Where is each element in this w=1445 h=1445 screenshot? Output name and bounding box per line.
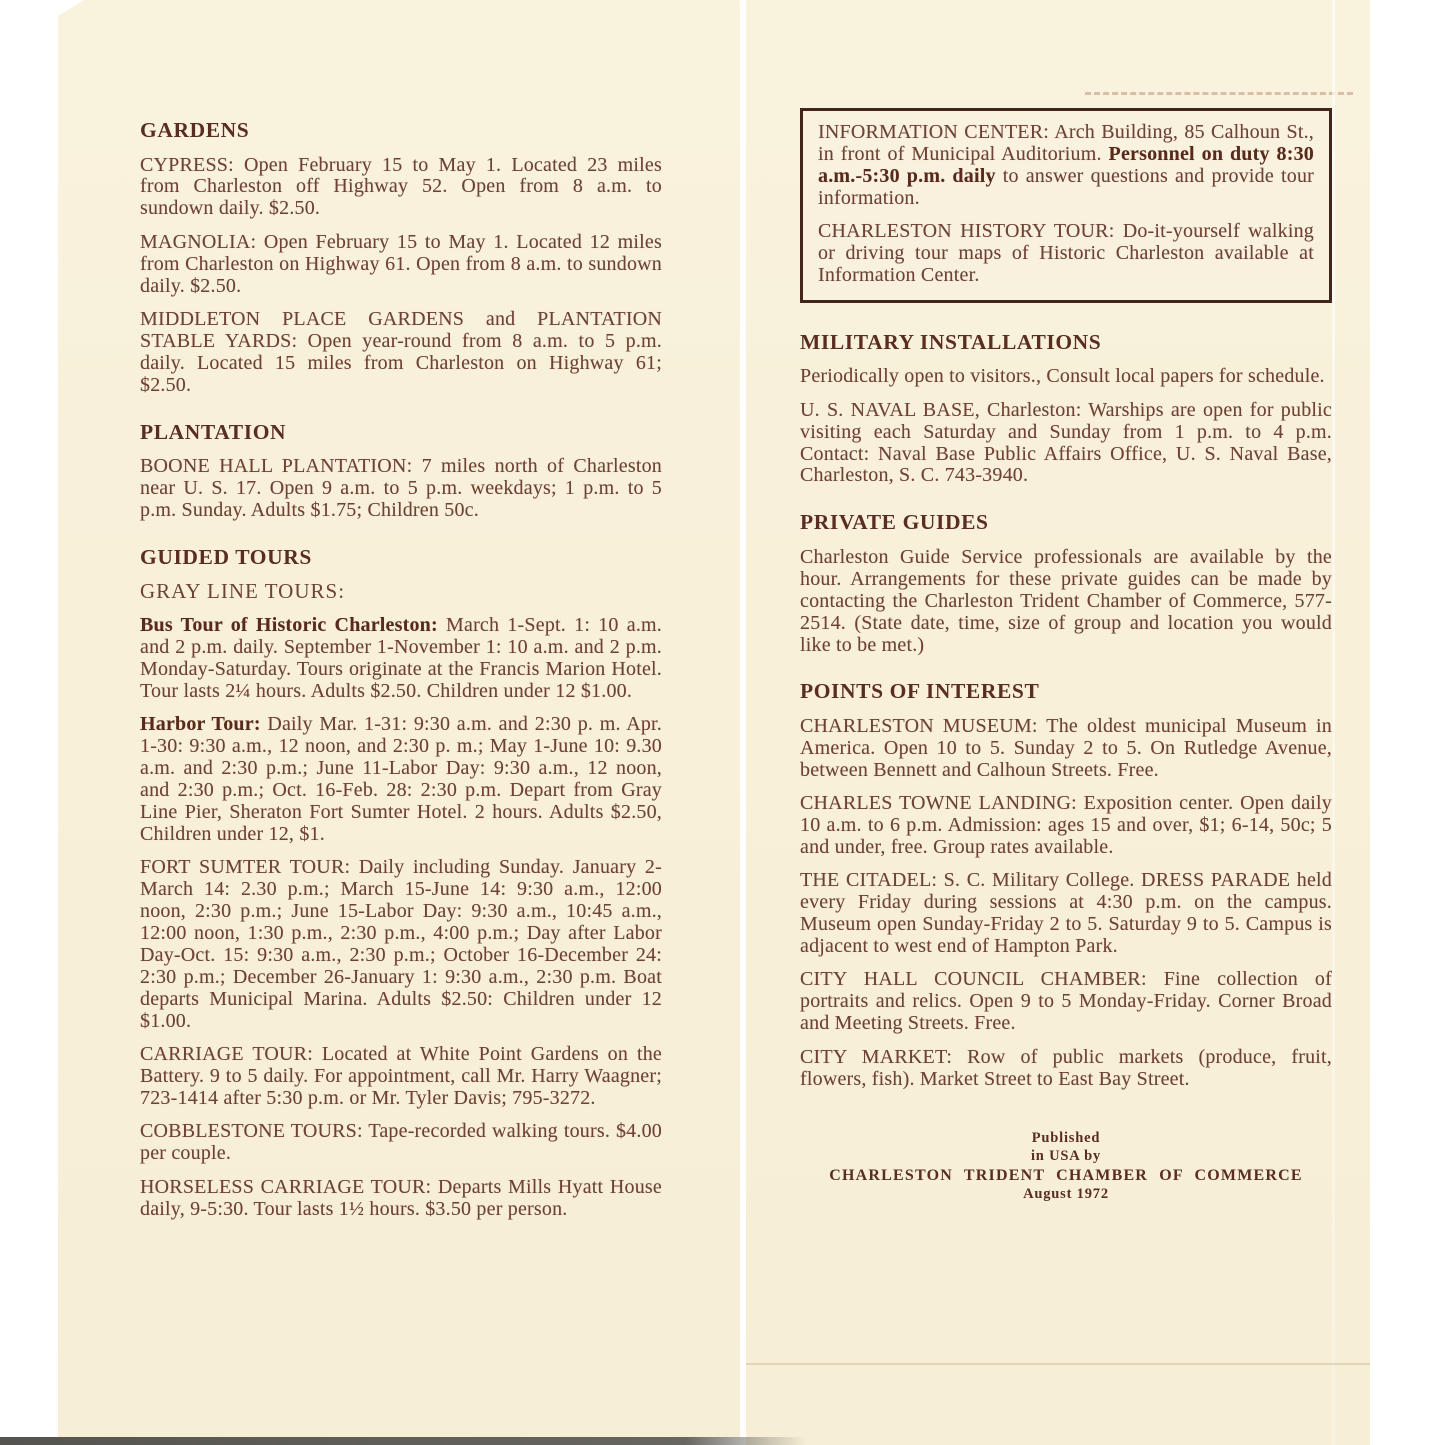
text-segment: BOONE HALL PLANTATION: 7 miles north of … xyxy=(140,455,662,521)
text-segment: CHARLES TOWNE LANDING: Exposition center… xyxy=(800,792,1332,858)
paragraph-charleston-museum: CHARLESTON MUSEUM: The oldest municipal … xyxy=(800,716,1332,782)
text-segment: CHARLESTON HISTORY TOUR: Do-it-yourself … xyxy=(818,220,1314,286)
section-heading-private-guides: PRIVATE GUIDES xyxy=(800,510,1332,535)
subheading-gray-line-tours: GRAY LINE TOURS: xyxy=(140,579,662,604)
paragraph-city-market: CITY MARKET: Row of public markets (prod… xyxy=(800,1047,1332,1091)
text-segment: THE CITADEL: S. C. Military College. DRE… xyxy=(800,869,1332,957)
publisher-line: in USA by xyxy=(800,1147,1332,1166)
paragraph-harbor-tour: Harbor Tour: Daily Mar. 1-31: 9:30 a.m. … xyxy=(140,714,662,845)
text-segment-bold: Bus Tour of Historic Charleston: xyxy=(140,614,438,636)
text-segment: MAGNOLIA: Open February 15 to May 1. Loc… xyxy=(140,231,662,297)
publisher-imprint: Published in USA by CHARLESTON TRIDENT C… xyxy=(800,1129,1332,1204)
text-segment: CYPRESS: Open February 15 to May 1. Loca… xyxy=(140,154,662,220)
text-segment: CARRIAGE TOUR: Located at White Point Ga… xyxy=(140,1043,662,1109)
paragraph-charles-towne-landing: CHARLES TOWNE LANDING: Exposition center… xyxy=(800,793,1332,859)
text-segment: CITY MARKET: Row of public markets (prod… xyxy=(800,1046,1332,1090)
text-segment: COBBLESTONE TOURS: Tape-recorded walking… xyxy=(140,1120,662,1164)
brochure-panel-right: INFORMATION CENTER: Arch Building, 85 Ca… xyxy=(746,0,1370,1445)
text-segment: CITY HALL COUNCIL CHAMBER: Fine collecti… xyxy=(800,968,1332,1034)
text-segment: CHARLESTON MUSEUM: The oldest municipal … xyxy=(800,715,1332,781)
section-military-installations: MILITARY INSTALLATIONS Periodically open… xyxy=(800,330,1332,488)
paragraph-information-center: INFORMATION CENTER: Arch Building, 85 Ca… xyxy=(818,122,1314,210)
paragraph-private-guides: Charleston Guide Service professionals a… xyxy=(800,547,1332,657)
paragraph-charleston-history-tour: CHARLESTON HISTORY TOUR: Do-it-yourself … xyxy=(818,221,1314,287)
section-points-of-interest: POINTS OF INTEREST CHARLESTON MUSEUM: Th… xyxy=(800,679,1332,1090)
information-center-box: INFORMATION CENTER: Arch Building, 85 Ca… xyxy=(800,108,1332,303)
section-private-guides: PRIVATE GUIDES Charleston Guide Service … xyxy=(800,510,1332,656)
section-heading-guided-tours: GUIDED TOURS xyxy=(140,545,662,570)
paragraph-cobblestone-tours: COBBLESTONE TOURS: Tape-recorded walking… xyxy=(140,1121,662,1165)
paragraph-horseless-carriage-tour: HORSELESS CARRIAGE TOUR: Departs Mills H… xyxy=(140,1177,662,1221)
paragraph-naval-base: U. S. NAVAL BASE, Charleston: Warships a… xyxy=(800,400,1332,488)
paragraph-fort-sumter-tour: FORT SUMTER TOUR: Daily including Sunday… xyxy=(140,857,662,1032)
paragraph-military-intro: Periodically open to visitors., Consult … xyxy=(800,366,1332,388)
section-heading-plantation: PLANTATION xyxy=(140,420,662,445)
fold-crease-horizontal xyxy=(746,1363,1370,1365)
paragraph-city-hall-council-chamber: CITY HALL COUNCIL CHAMBER: Fine collecti… xyxy=(800,969,1332,1035)
brochure-panel-left: GARDENS CYPRESS: Open February 15 to May… xyxy=(58,0,740,1437)
section-plantation: PLANTATION BOONE HALL PLANTATION: 7 mile… xyxy=(140,420,662,522)
text-segment: U. S. NAVAL BASE, Charleston: Warships a… xyxy=(800,399,1332,487)
publisher-date: August 1972 xyxy=(800,1185,1332,1204)
publisher-name: CHARLESTON TRIDENT CHAMBER OF COMMERCE xyxy=(800,1166,1332,1185)
text-segment: MIDDLETON PLACE GARDENS and PLANTATION S… xyxy=(140,308,662,396)
text-segment-bold: Harbor Tour: xyxy=(140,713,261,735)
section-heading-points-of-interest: POINTS OF INTEREST xyxy=(800,679,1332,704)
text-segment: FORT SUMTER TOUR: Daily including Sunday… xyxy=(140,856,662,1031)
text-segment: HORSELESS CARRIAGE TOUR: Departs Mills H… xyxy=(140,1176,662,1220)
text-segment: Charleston Guide Service professionals a… xyxy=(800,546,1332,656)
left-text-column: GARDENS CYPRESS: Open February 15 to May… xyxy=(58,0,740,1220)
paragraph-boone-hall: BOONE HALL PLANTATION: 7 miles north of … xyxy=(140,456,662,522)
section-heading-gardens: GARDENS xyxy=(140,118,662,143)
scan-shadow-bottom xyxy=(0,1437,806,1445)
paragraph-magnolia: MAGNOLIA: Open February 15 to May 1. Loc… xyxy=(140,232,662,298)
text-segment: Periodically open to visitors., Consult … xyxy=(800,365,1325,387)
paragraph-cypress: CYPRESS: Open February 15 to May 1. Loca… xyxy=(140,155,662,221)
paragraph-the-citadel: THE CITADEL: S. C. Military College. DRE… xyxy=(800,870,1332,958)
publisher-line: Published xyxy=(800,1129,1332,1148)
paragraph-bus-tour: Bus Tour of Historic Charleston: March 1… xyxy=(140,615,662,703)
section-gardens: GARDENS CYPRESS: Open February 15 to May… xyxy=(140,118,662,397)
section-guided-tours: GUIDED TOURS GRAY LINE TOURS: Bus Tour o… xyxy=(140,545,662,1221)
paragraph-carriage-tour: CARRIAGE TOUR: Located at White Point Ga… xyxy=(140,1044,662,1110)
right-text-column: INFORMATION CENTER: Arch Building, 85 Ca… xyxy=(746,0,1370,1203)
section-heading-military-installations: MILITARY INSTALLATIONS xyxy=(800,330,1332,355)
paragraph-middleton-place: MIDDLETON PLACE GARDENS and PLANTATION S… xyxy=(140,309,662,397)
